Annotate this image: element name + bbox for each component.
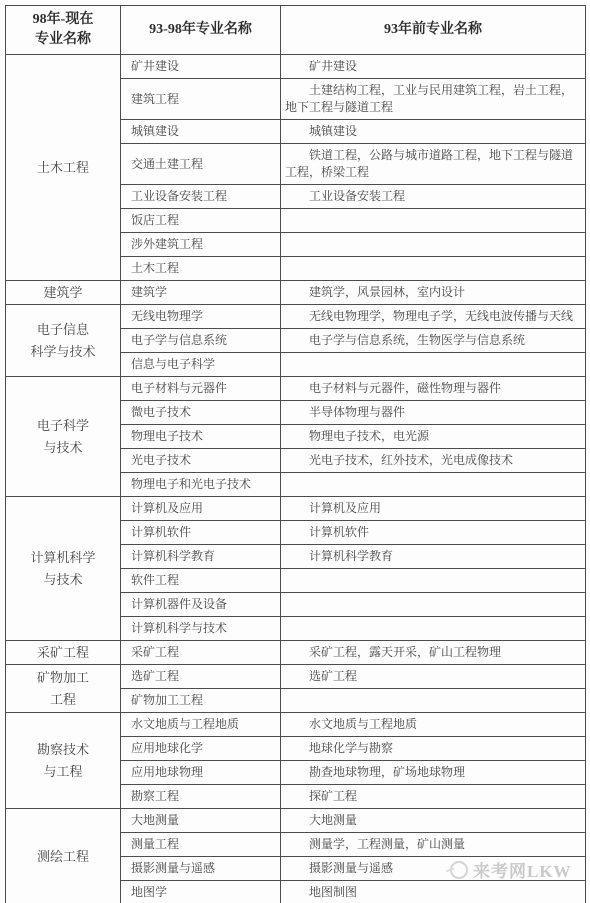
major-before-93-cell: 采矿工程，露天开采，矿山工程物理: [281, 641, 586, 665]
major-before-93-cell: 半导体物理与器件: [281, 401, 586, 425]
laokaowang-logo-icon: [450, 861, 468, 879]
watermark-text: 来考网LKW: [473, 857, 572, 882]
group-major-cell: 计算机科学 与技术: [6, 497, 121, 641]
major-93-98-cell: 选矿工程: [121, 665, 281, 689]
table-row: 勘察技术 与工程水文地质与工程地质水文地质与工程地质: [6, 713, 586, 737]
major-93-98-cell: 计算机科学与技术: [121, 617, 281, 641]
major-before-93-cell: 铁道工程，公路与城市道路工程，地下工程与隧道工程，桥梁工程: [281, 144, 586, 185]
major-93-98-cell: 电子材料与元器件: [121, 377, 281, 401]
group-major-cell: 电子科学 与技术: [6, 377, 121, 497]
major-93-98-cell: 光电子技术: [121, 449, 281, 473]
major-before-93-cell: 地图制图: [281, 881, 586, 903]
major-93-98-cell: 采矿工程: [121, 641, 281, 665]
major-93-98-cell: 建筑学: [121, 281, 281, 305]
major-93-98-cell: 计算机软件: [121, 521, 281, 545]
major-before-93-cell: 电子学与信息系统，生物医学与信息系统: [281, 329, 586, 353]
major-93-98-cell: 计算机科学教育: [121, 545, 281, 569]
major-before-93-cell: 计算机软件: [281, 521, 586, 545]
major-before-93-cell: [281, 473, 586, 497]
table-row: 土木工程矿井建设矿井建设: [6, 55, 586, 79]
major-93-98-cell: 电子学与信息系统: [121, 329, 281, 353]
table-row: 建筑学建筑学建筑学，风景园林，室内设计: [6, 281, 586, 305]
major-name-mapping-table: 98年-现在 专业名称 93-98年专业名称 93年前专业名称 土木工程矿井建设…: [5, 5, 586, 903]
major-before-93-cell: 计算机科学教育: [281, 545, 586, 569]
table-row: 矿物加工 工程选矿工程选矿工程: [6, 665, 586, 689]
group-major-cell: 勘察技术 与工程: [6, 713, 121, 809]
major-before-93-cell: 工业设备安装工程: [281, 185, 586, 209]
major-before-93-cell: 水文地质与工程地质: [281, 713, 586, 737]
major-before-93-cell: 计算机及应用: [281, 497, 586, 521]
major-before-93-cell: [281, 689, 586, 713]
major-93-98-cell: 地图学: [121, 881, 281, 903]
major-before-93-cell: [281, 593, 586, 617]
major-before-93-cell: 矿井建设: [281, 55, 586, 79]
major-93-98-cell: 土木工程: [121, 257, 281, 281]
table-row: 电子科学 与技术电子材料与元器件电子材料与元器件，磁性物理与器件: [6, 377, 586, 401]
major-93-98-cell: 大地测量: [121, 809, 281, 833]
major-before-93-cell: 勘查地球物理，矿场地球物理: [281, 761, 586, 785]
major-before-93-cell: 电子材料与元器件，磁性物理与器件: [281, 377, 586, 401]
major-93-98-cell: 计算机及应用: [121, 497, 281, 521]
major-93-98-cell: 工业设备安装工程: [121, 185, 281, 209]
major-93-98-cell: 微电子技术: [121, 401, 281, 425]
major-before-93-cell: [281, 353, 586, 377]
major-before-93-cell: [281, 257, 586, 281]
group-major-cell: 土木工程: [6, 55, 121, 281]
major-93-98-cell: 勘察工程: [121, 785, 281, 809]
scanned-document-page: 98年-现在 专业名称 93-98年专业名称 93年前专业名称 土木工程矿井建设…: [0, 0, 590, 903]
major-93-98-cell: 软件工程: [121, 569, 281, 593]
major-93-98-cell: 建筑工程: [121, 79, 281, 120]
major-before-93-cell: 地球化学与勘察: [281, 737, 586, 761]
major-before-93-cell: [281, 569, 586, 593]
major-93-98-cell: 物理电子技术: [121, 425, 281, 449]
major-93-98-cell: 无线电物理学: [121, 305, 281, 329]
major-before-93-cell: 无线电物理学，物理电子学，无线电波传播与天线: [281, 305, 586, 329]
major-93-98-cell: 城镇建设: [121, 120, 281, 144]
header-col-before-93: 93年前专业名称: [281, 6, 586, 55]
table-row: 电子信息 科学与技术无线电物理学无线电物理学，物理电子学，无线电波传播与天线: [6, 305, 586, 329]
major-93-98-cell: 测量工程: [121, 833, 281, 857]
major-before-93-cell: 土建结构工程，工业与民用建筑工程，岩土工程，地下工程与隧道工程: [281, 79, 586, 120]
major-before-93-cell: 物理电子技术，电光源: [281, 425, 586, 449]
header-col-93-to-98: 93-98年专业名称: [121, 6, 281, 55]
major-93-98-cell: 涉外建筑工程: [121, 233, 281, 257]
major-before-93-cell: 大地测量: [281, 809, 586, 833]
major-93-98-cell: 摄影测量与遥感: [121, 857, 281, 881]
major-before-93-cell: 选矿工程: [281, 665, 586, 689]
major-93-98-cell: 饭店工程: [121, 209, 281, 233]
table-row: 采矿工程采矿工程采矿工程，露天开采，矿山工程物理: [6, 641, 586, 665]
major-before-93-cell: 城镇建设: [281, 120, 586, 144]
header-row: 98年-现在 专业名称 93-98年专业名称 93年前专业名称: [6, 6, 586, 55]
major-before-93-cell: [281, 617, 586, 641]
major-93-98-cell: 物理电子和光电子技术: [121, 473, 281, 497]
group-major-cell: 测绘工程: [6, 809, 121, 903]
major-before-93-cell: [281, 209, 586, 233]
major-93-98-cell: 矿物加工工程: [121, 689, 281, 713]
major-before-93-cell: [281, 233, 586, 257]
group-major-cell: 矿物加工 工程: [6, 665, 121, 713]
major-93-98-cell: 矿井建设: [121, 55, 281, 79]
major-before-93-cell: 测量学，工程测量，矿山测量: [281, 833, 586, 857]
major-93-98-cell: 交通土建工程: [121, 144, 281, 185]
header-col-98-to-now: 98年-现在 专业名称: [6, 6, 121, 55]
table-body: 土木工程矿井建设矿井建设建筑工程土建结构工程，工业与民用建筑工程，岩土工程，地下…: [6, 55, 586, 903]
watermark: 来考网LKW: [450, 857, 572, 882]
major-93-98-cell: 计算机器件及设备: [121, 593, 281, 617]
group-major-cell: 电子信息 科学与技术: [6, 305, 121, 377]
major-before-93-cell: 建筑学，风景园林，室内设计: [281, 281, 586, 305]
group-major-cell: 建筑学: [6, 281, 121, 305]
major-before-93-cell: 探矿工程: [281, 785, 586, 809]
major-93-98-cell: 应用地球化学: [121, 737, 281, 761]
major-93-98-cell: 水文地质与工程地质: [121, 713, 281, 737]
major-93-98-cell: 应用地球物理: [121, 761, 281, 785]
major-93-98-cell: 信息与电子科学: [121, 353, 281, 377]
group-major-cell: 采矿工程: [6, 641, 121, 665]
table-row: 计算机科学 与技术计算机及应用计算机及应用: [6, 497, 586, 521]
major-before-93-cell: 光电子技术，红外技术，光电成像技术: [281, 449, 586, 473]
table-row: 测绘工程大地测量大地测量: [6, 809, 586, 833]
